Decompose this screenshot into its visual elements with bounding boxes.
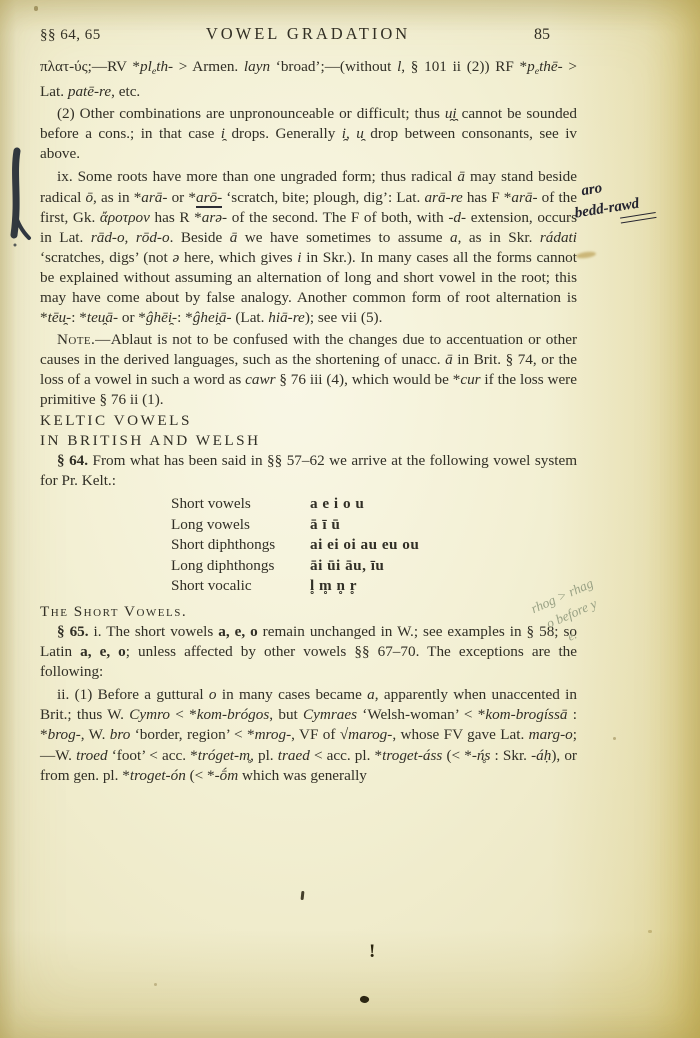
paragraph-2: (2) Other combinations are unpronounceab… <box>40 104 577 164</box>
row-label: Short vocalic <box>171 576 310 597</box>
section-reference: §§ 64, 65 <box>40 27 170 44</box>
section-heading-line1: KELTIC VOWELS <box>40 411 577 431</box>
paragraph-note: Note.—Ablaut is not to be confused with … <box>40 330 577 410</box>
row-label: Long vowels <box>171 515 310 536</box>
row-value: a e i o u <box>310 494 364 515</box>
page-number: 85 <box>446 26 576 44</box>
margin-ink-stroke <box>3 147 33 252</box>
table-row: Short vocalic l̥ m̥ n̥ r̥ <box>171 576 577 597</box>
scanned-book-page: §§ 64, 65 VOWEL GRADATION 85 πλατ-ύς;—RV… <box>0 0 700 1038</box>
running-header: §§ 64, 65 VOWEL GRADATION 85 <box>40 24 576 44</box>
paragraph-continuation: πλατ-ύς;—RV *pleth- > Armen. layn ‘broad… <box>40 57 577 102</box>
table-row: Short diphthongs ai ei oi au eu ou <box>171 535 577 556</box>
table-row: Long diphthongs āi ūi āu, īu <box>171 556 577 577</box>
paragraph-section-64: § 64. From what has been said in §§ 57–6… <box>40 451 577 491</box>
row-label: Short diphthongs <box>171 535 310 556</box>
vowel-system-table: Short vowels a e i o u Long vowels ā ī ū… <box>171 494 577 597</box>
handwritten-ink-note: aro bedd-rawd <box>570 170 657 230</box>
row-value: ā ī ū <box>310 515 340 536</box>
table-row: Short vowels a e i o u <box>171 494 577 515</box>
row-label: Long diphthongs <box>171 556 310 577</box>
text-block: πλατ-ύς;—RV *pleth- > Armen. layn ‘broad… <box>40 57 577 786</box>
paragraph-ii: ii. (1) Before a guttural o in many case… <box>40 685 577 785</box>
sub-heading-short-vowels: The Short Vowels. <box>40 602 577 622</box>
ink-smudge <box>576 251 597 260</box>
page-speck <box>648 930 652 933</box>
page-speck <box>613 737 616 740</box>
page-speck <box>154 983 157 986</box>
row-value: āi ūi āu, īu <box>310 556 384 577</box>
table-row: Long vowels ā ī ū <box>171 515 577 536</box>
row-value: l̥ m̥ n̥ r̥ <box>310 576 357 597</box>
paragraph-ix: ix. Some roots have more than one ungrad… <box>40 167 577 328</box>
page-speck <box>301 891 305 900</box>
ink-exclamation-mark: ! <box>369 941 375 963</box>
page-speck <box>34 6 38 11</box>
page-title: VOWEL GRADATION <box>170 24 446 44</box>
row-label: Short vowels <box>171 494 310 515</box>
row-value: ai ei oi au eu ou <box>310 535 419 556</box>
paragraph-section-65: § 65. i. The short vowels a, e, o remain… <box>40 622 577 682</box>
ink-blot <box>359 995 370 1004</box>
section-heading-line2: IN BRITISH AND WELSH <box>40 431 577 451</box>
